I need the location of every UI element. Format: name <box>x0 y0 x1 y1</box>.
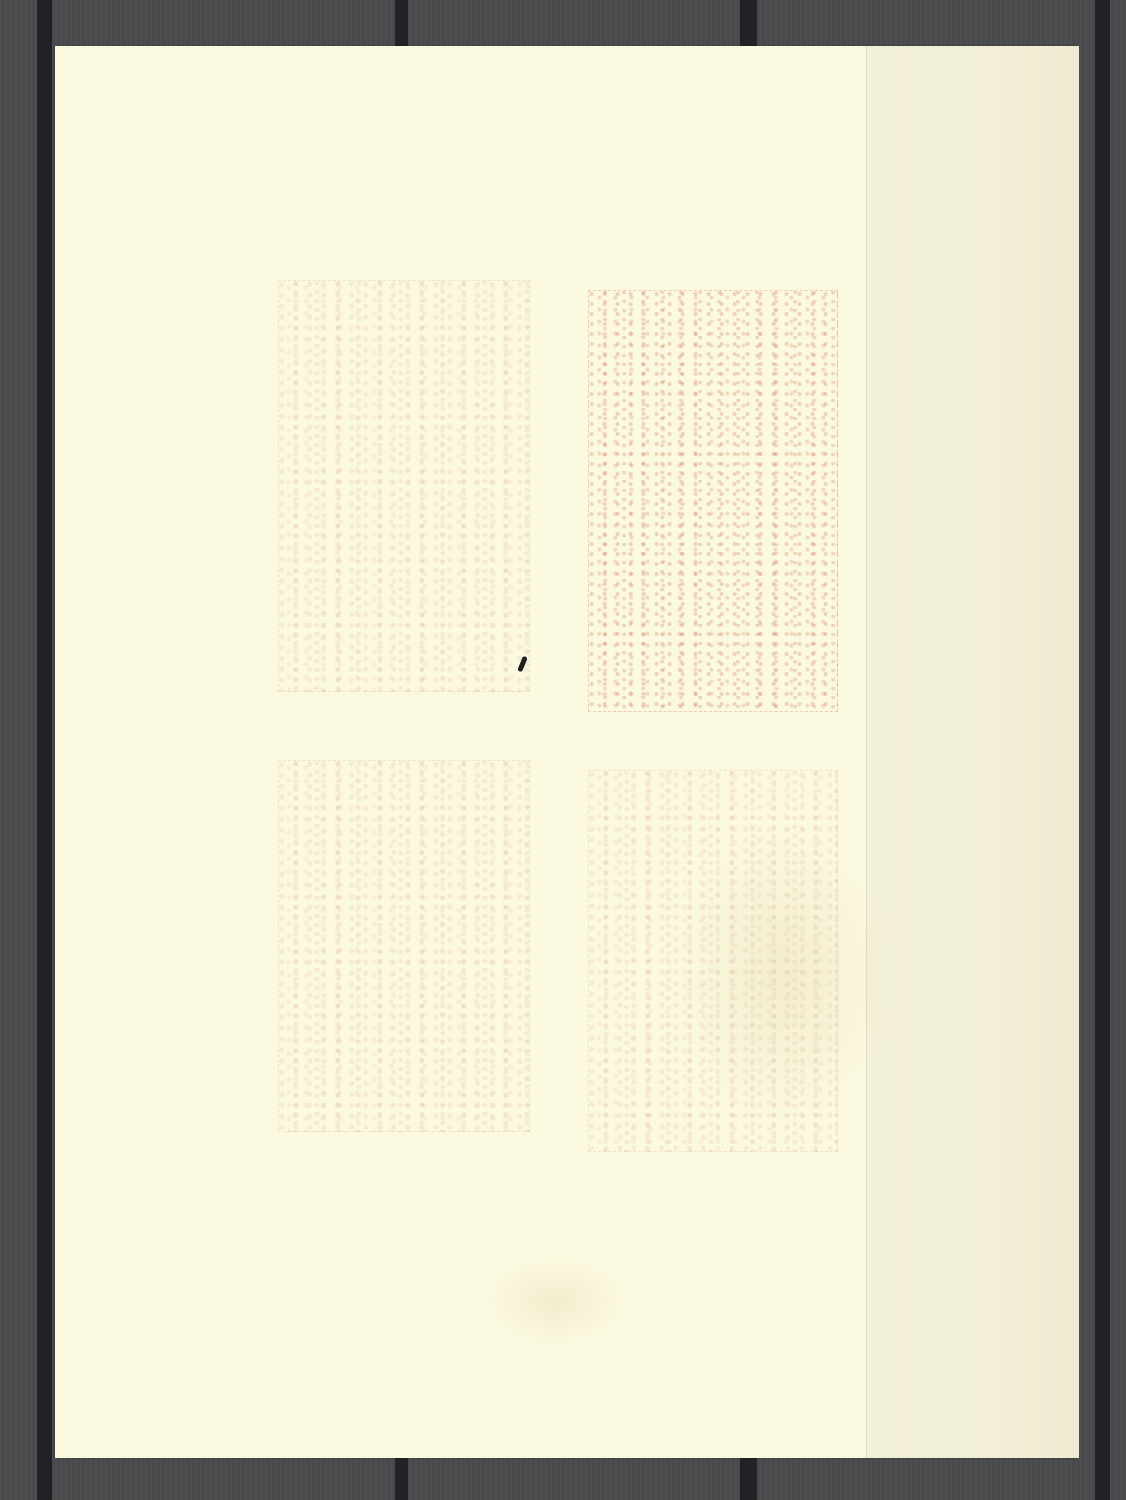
stockbook-strip <box>1095 0 1110 1500</box>
show-through-stamp-top-left <box>278 280 530 692</box>
paper-stain <box>675 826 895 1126</box>
stockbook-strip <box>37 0 52 1500</box>
show-through-stamp-bottom-left <box>278 760 530 1132</box>
show-through-stamp-top-right <box>588 290 838 712</box>
sheet-folded-margin <box>866 46 1079 1458</box>
stamp-sheet-reverse <box>55 46 1078 1458</box>
paper-stain <box>485 1256 625 1346</box>
